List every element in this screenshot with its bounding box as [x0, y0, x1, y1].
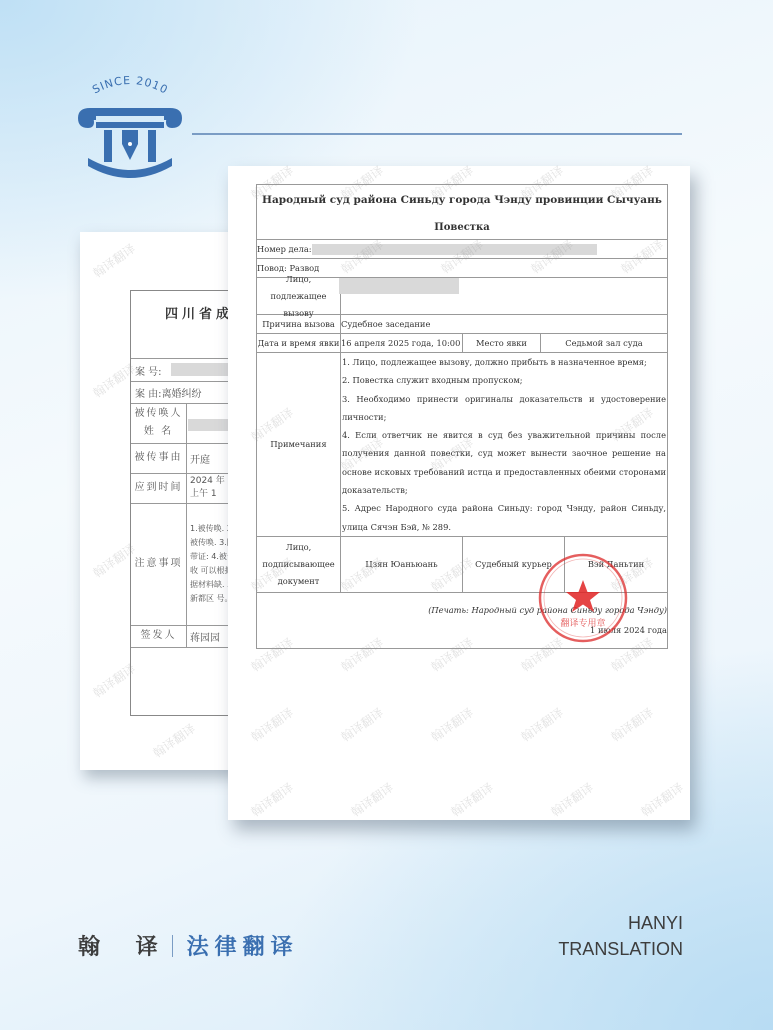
watermark: 翰译翻译: [247, 779, 296, 820]
table-row: 应到时间 2024 年 日上午 1: [131, 473, 241, 504]
case-number-label: 案 号:: [135, 363, 162, 378]
watermark: 翰译翻译: [427, 704, 476, 745]
svg-text:SINCE 2010: SINCE 2010: [90, 74, 170, 97]
original-summons-table: 四川省成 案 号: 案 由:离婚纠纷 被传唤人 姓 名 被传事由 开庭 应到时间…: [130, 290, 241, 716]
watermark: 翰译翻译: [347, 779, 396, 820]
table-row: Дата и время явки 16 апреля 2025 года, 1…: [257, 333, 667, 352]
footer-brand: 翰 译 法律翻译: [78, 930, 299, 961]
table-row: 案 号:: [131, 359, 241, 382]
original-document-page: 四川省成 案 号: 案 由:离婚纠纷 被传唤人 姓 名 被传事由 开庭 应到时间…: [80, 232, 240, 770]
footer-brand-en: HANYI TRANSLATION: [558, 910, 683, 962]
datetime-label: Дата и время явки: [257, 334, 340, 352]
table-row: 签发人 蒋园园: [131, 625, 241, 648]
brand-name-en-line1: HANYI: [558, 910, 683, 936]
table-row: 案 由:离婚纠纷: [131, 381, 241, 404]
summons-reason-label: 被传事由: [131, 443, 187, 473]
place-value: Седьмой зал суда: [540, 334, 667, 352]
brand-slogan-cn: 法律翻译: [187, 930, 299, 961]
column-pen-logo-icon: SINCE 2010: [70, 70, 190, 180]
table-row: 被传事由 开庭: [131, 443, 241, 474]
note-item: 1. Лицо, подлежащее вызову, должно прибы…: [342, 353, 666, 371]
notes-list: 1. Лицо, подлежащее вызову, должно прибы…: [340, 353, 667, 536]
case-number-cell: Номер дела:: [257, 240, 667, 258]
svg-text:翻译专用章: 翻译专用章: [560, 617, 605, 629]
watermark: 翰译翻译: [447, 779, 496, 820]
table-row: Народный суд района Синьду города Чэнду …: [257, 185, 667, 215]
signer-name: Цзян Юаньюань: [340, 537, 462, 592]
watermark: 翰译翻译: [637, 779, 686, 820]
redacted-case-number: [312, 244, 597, 255]
court-name: Народный суд района Синьду города Чэнду …: [257, 185, 667, 215]
summoned-person-label: Лицо, подлежащее вызову: [257, 278, 340, 314]
company-logo: SINCE 2010: [70, 70, 190, 180]
case-cause-value: 离婚纠纷: [162, 389, 202, 400]
document-title: Повестка: [257, 215, 667, 239]
case-number-label: Номер дела:: [257, 244, 312, 254]
note-item: 2. Повестка служит входным пропуском;: [342, 371, 666, 389]
red-seal-stamp-icon: 翻译专用章: [537, 552, 629, 644]
issuer-label: 签发人: [131, 625, 187, 647]
redacted-name: [339, 278, 459, 294]
note-item: 5. Адрес Народного суда района Синьду: г…: [342, 499, 666, 536]
summoned-name-label: 被传唤人 姓 名: [131, 403, 187, 443]
translated-document-page: Народный суд района Синьду города Чэнду …: [228, 166, 690, 820]
table-row: 注意事项 1.被传唤. 2.被传唤. 3.随带证: 4.被告收 可以根据. 据材…: [131, 503, 241, 626]
header-divider: [192, 133, 682, 135]
table-row: Повестка: [257, 215, 667, 239]
case-cause: 案 由:离婚纠纷: [135, 385, 202, 400]
note-item: 4. Если ответчик не явится в суд без ува…: [342, 426, 666, 499]
table-row: Лицо, подлежащее вызову: [257, 277, 667, 314]
original-title: 四川省成: [131, 291, 241, 359]
place-label: Место явки: [462, 334, 540, 352]
notes-label: 注意事项: [131, 503, 187, 625]
watermark: 翰译翻译: [247, 704, 296, 745]
watermark: 翰译翻译: [517, 704, 566, 745]
notes-label: Примечания: [257, 353, 340, 536]
summons-reason-label: Причина вызова: [257, 315, 340, 333]
brand-name-en-line2: TRANSLATION: [558, 936, 683, 962]
appearance-time-label: 应到时间: [131, 473, 187, 503]
summoned-person-value: [340, 278, 667, 314]
summons-reason-value: Судебное заседание: [340, 315, 667, 333]
table-row: Номер дела:: [257, 239, 667, 258]
table-row: 被传唤人 姓 名: [131, 403, 241, 444]
table-row: Причина вызова Судебное заседание: [257, 314, 667, 333]
datetime-value: 16 апреля 2025 года, 10:00: [340, 334, 462, 352]
watermark: 翰译翻译: [607, 704, 656, 745]
case-cause-label: 案 由:: [135, 389, 162, 400]
note-item: 3. Необходимо принести оригиналы доказат…: [342, 390, 666, 427]
brand-name-cn: 翰 译: [78, 930, 172, 961]
watermark: 翰译翻译: [547, 779, 596, 820]
watermark: 翰译翻译: [89, 240, 138, 281]
watermark: 翰译翻译: [149, 720, 198, 761]
table-row: Примечания 1. Лицо, подлежащее вызову, д…: [257, 352, 667, 536]
signer-label: Лицо, подписывающее документ: [257, 537, 340, 592]
watermark: 翰译翻译: [337, 704, 386, 745]
footer-separator: [172, 935, 173, 957]
